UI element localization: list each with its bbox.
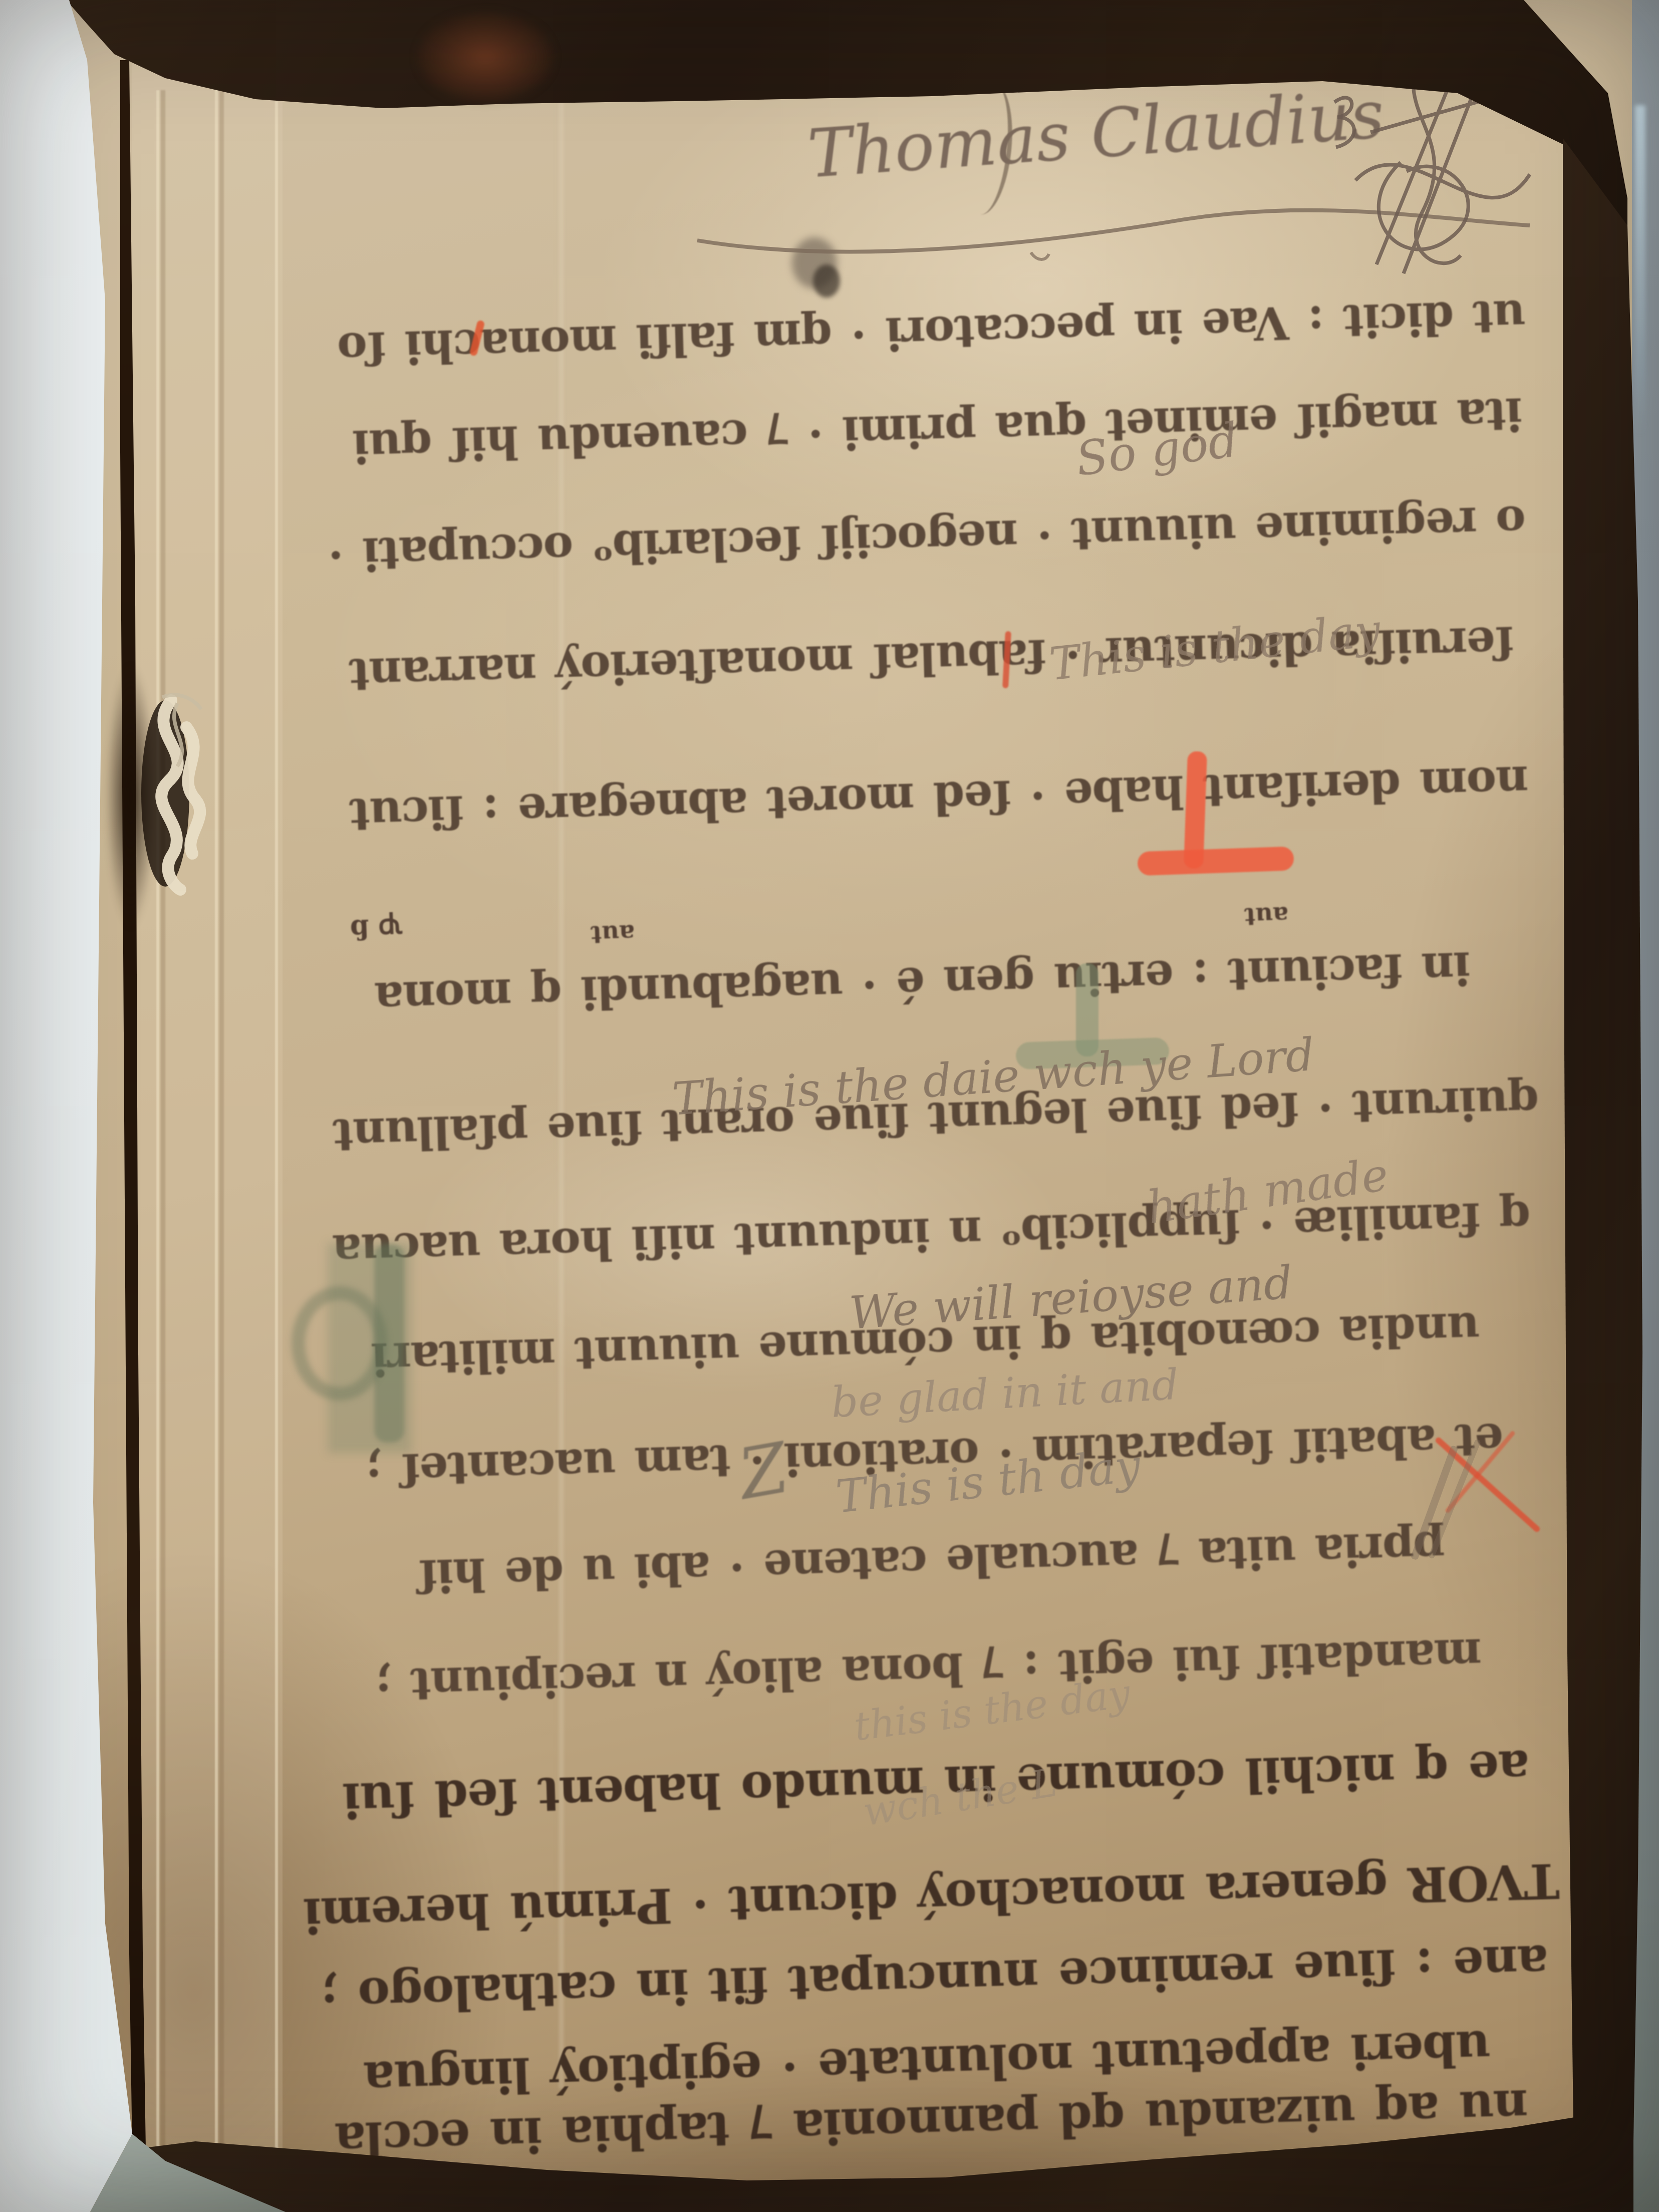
photo-canvas: ut dicit : Vae in peccatori · qm falſi m… [0,0,1659,2212]
photo-vignette [0,0,1659,2212]
